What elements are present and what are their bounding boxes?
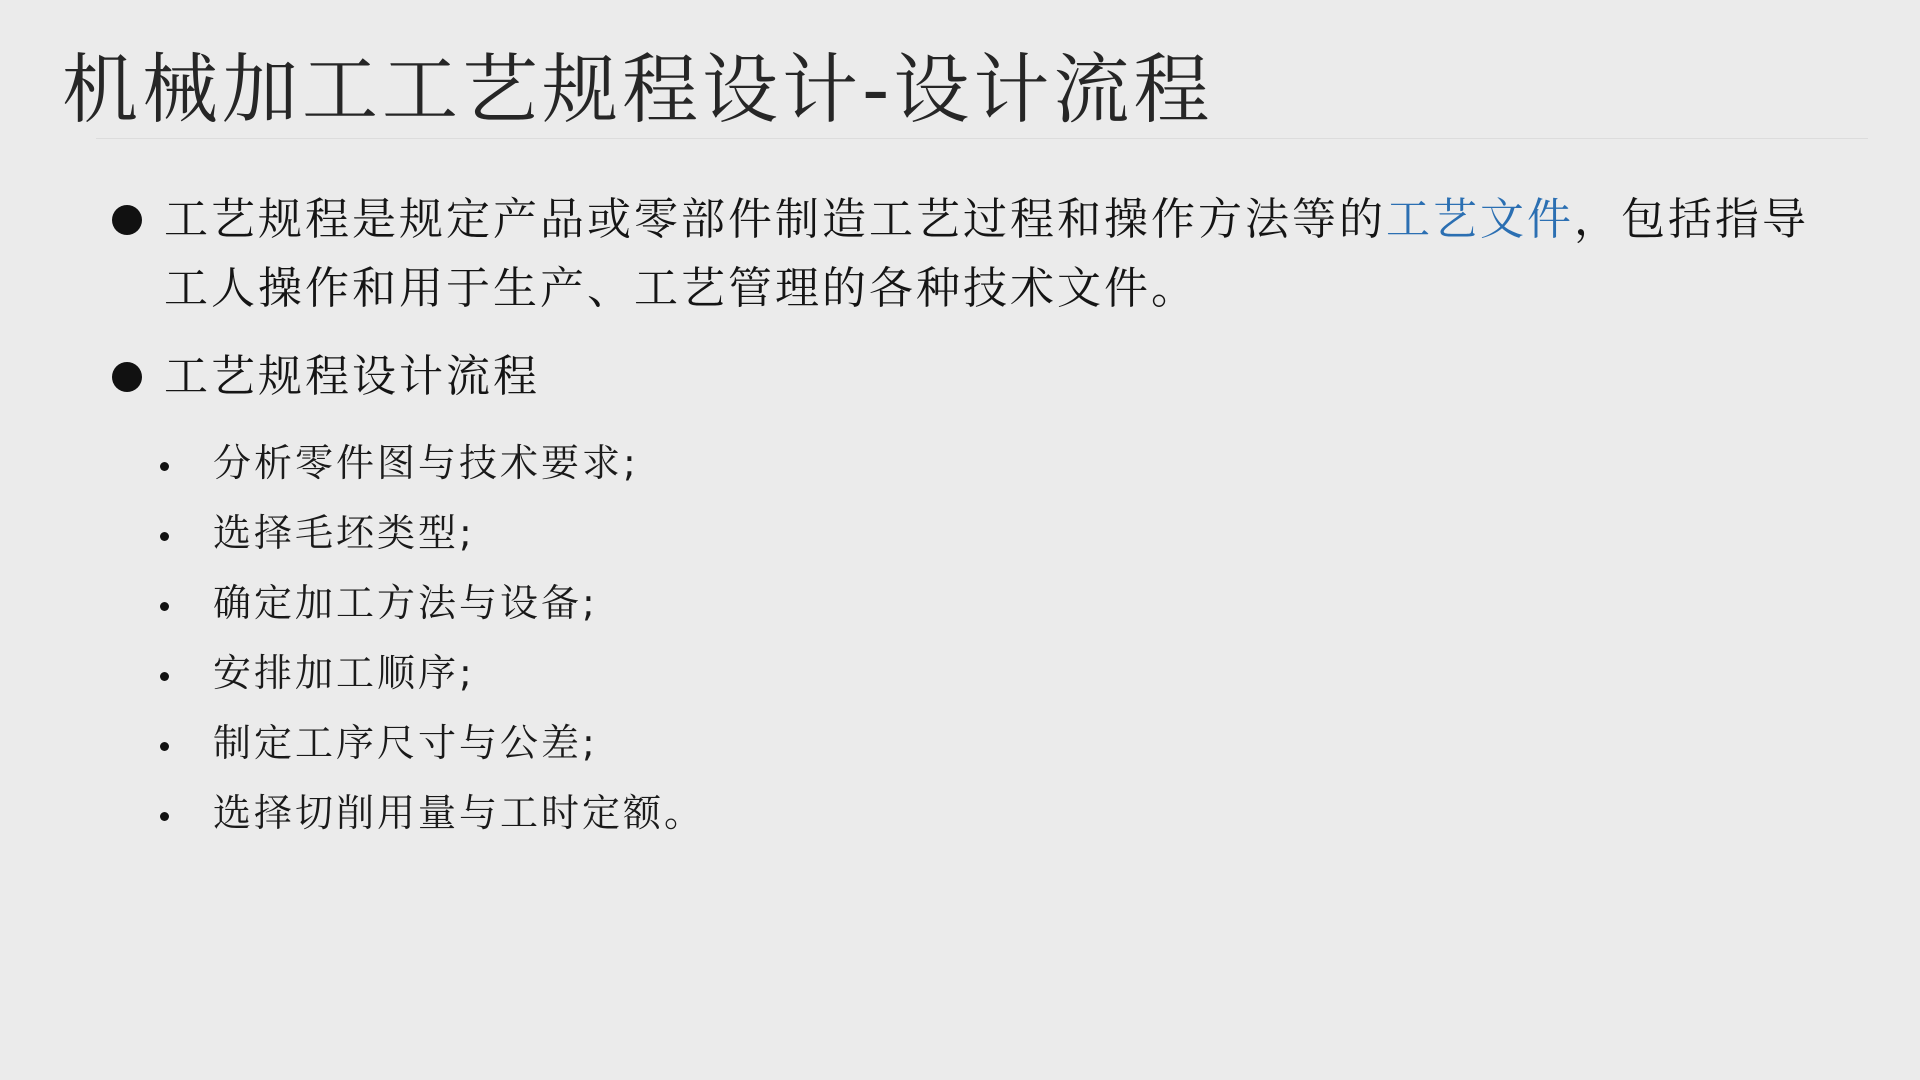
design-flow-steps: 分析零件图与技术要求; 选择毛坯类型; 确定加工方法与设备; 安排加工顺序; 制… [160,424,705,844]
sub-bullet-dot-icon [160,602,169,611]
step-text: 选择切削用量与工时定额。 [213,782,705,837]
bullet-text: 工艺规程是规定产品或零部件制造工艺过程和操作方法等的工艺文件，包括指导工人操作和… [164,185,1812,323]
bullet-definition: 工艺规程是规定产品或零部件制造工艺过程和操作方法等的工艺文件，包括指导工人操作和… [112,185,1812,323]
sub-bullet-dot-icon [160,462,169,471]
step-text: 制定工序尺寸与公差; [213,712,598,767]
bullet-heading: 工艺规程设计流程 [164,342,540,411]
process-document-link[interactable]: 工艺文件 [1386,194,1574,245]
bullet-design-flow: 工艺规程设计流程 [112,342,1812,411]
slide-title: 机械加工工艺规程设计-设计流程 [62,42,1213,138]
list-item: 选择毛坯类型; [160,494,705,564]
list-item: 制定工序尺寸与公差; [160,704,705,774]
step-text: 安排加工顺序; [213,642,475,697]
step-text: 选择毛坯类型; [213,502,475,557]
bullet-dot-icon [112,205,142,235]
bullet-row: 工艺规程设计流程 [112,342,1812,411]
title-divider [96,138,1868,139]
list-item: 确定加工方法与设备; [160,564,705,634]
sub-bullet-dot-icon [160,532,169,541]
list-item: 分析零件图与技术要求; [160,424,705,494]
sub-bullet-dot-icon [160,812,169,821]
sub-bullet-dot-icon [160,672,169,681]
list-item: 安排加工顺序; [160,634,705,704]
sub-bullet-dot-icon [160,742,169,751]
step-text: 确定加工方法与设备; [213,572,598,627]
bullet-row: 工艺规程是规定产品或零部件制造工艺过程和操作方法等的工艺文件，包括指导工人操作和… [112,185,1812,323]
bullet-dot-icon [112,362,142,392]
definition-text-before: 工艺规程是规定产品或零部件制造工艺过程和操作方法等的 [164,194,1386,245]
step-text: 分析零件图与技术要求; [213,432,639,487]
list-item: 选择切削用量与工时定额。 [160,774,705,844]
